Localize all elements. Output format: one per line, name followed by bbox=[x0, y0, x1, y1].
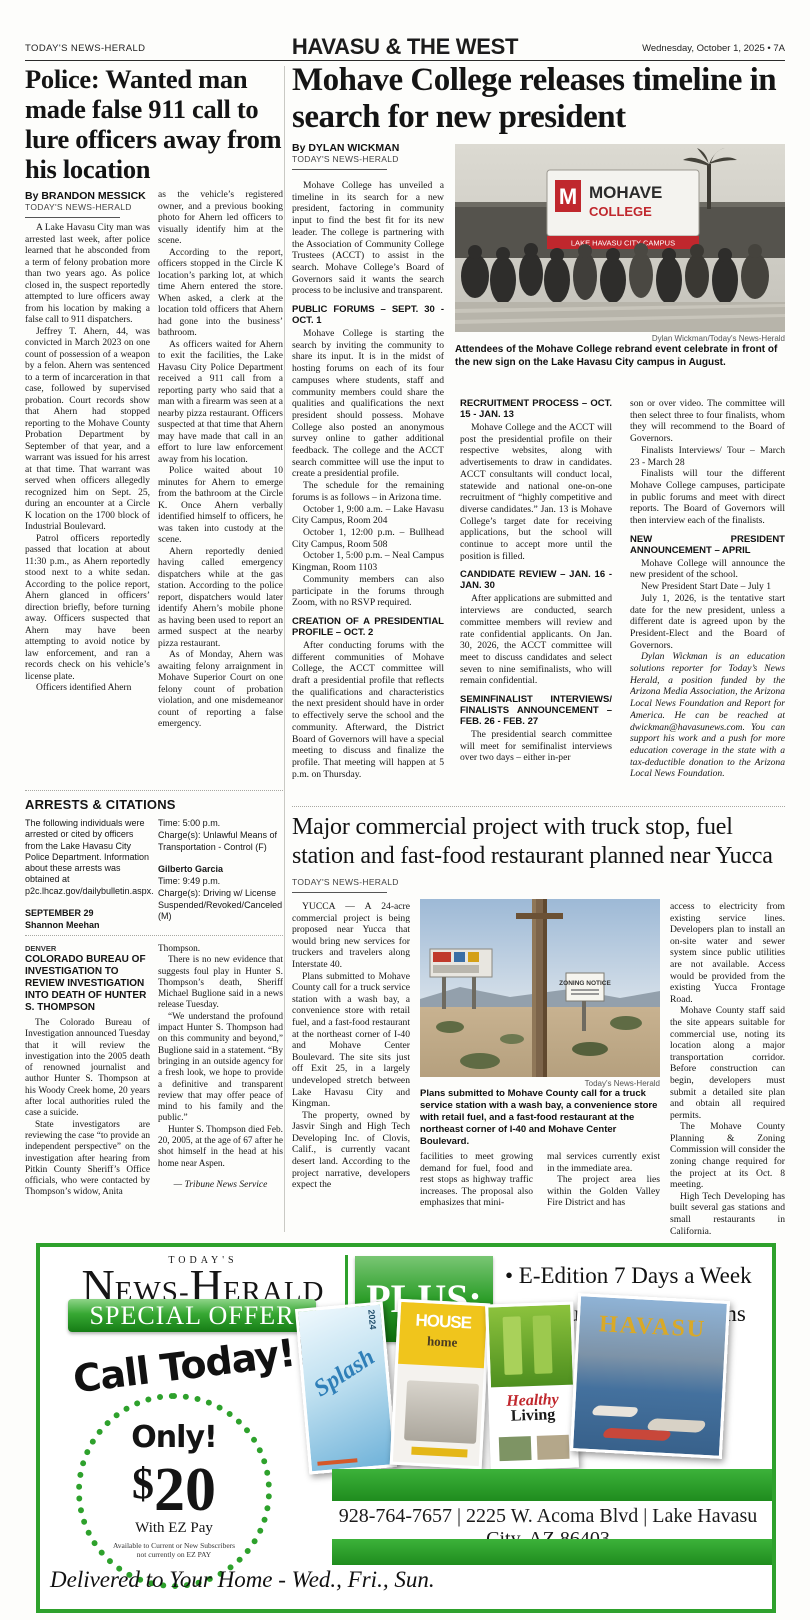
arrests-column-2: Time: 5:00 p.m. Charge(s): Unlawful Mean… bbox=[158, 818, 283, 933]
arrests-date: SEPTEMBER 29 bbox=[25, 908, 150, 919]
arrests-section: ARRESTS & CITATIONS The following indivi… bbox=[25, 790, 283, 933]
paragraph: Dylan Wickman is an education solutions … bbox=[630, 651, 785, 780]
arrests-title: ARRESTS & CITATIONS bbox=[25, 798, 283, 812]
arrest-time: Time: 5:00 p.m. bbox=[158, 818, 283, 829]
paragraph: Jeffrey T. Ahern, 44, was convicted in M… bbox=[25, 327, 150, 534]
college-headline: Mohave College releases timeline in sear… bbox=[292, 62, 785, 136]
page-header: TODAY'S NEWS-HERALD HAVASU & THE WEST We… bbox=[25, 28, 785, 61]
section-heading: CANDIDATE REVIEW – JAN. 16 - JAN. 30 bbox=[460, 569, 612, 591]
college-article: Mohave College releases timeline in sear… bbox=[292, 62, 785, 804]
paragraph: Hunter S. Thompson died Feb. 20, 2005, a… bbox=[158, 1125, 283, 1170]
yucca-photo: ZONING NOTICE bbox=[420, 899, 660, 1077]
arrests-intro: The following individuals were arrested … bbox=[25, 818, 150, 897]
paragraph: The property, owned by Jasvir Singh and … bbox=[292, 1110, 410, 1191]
paragraph: The project area lies within the Golden … bbox=[547, 1174, 660, 1209]
ad-benefit: • E-Edition 7 Days a Week bbox=[505, 1257, 775, 1295]
yucca-headline: Major commercial project with truck stop… bbox=[292, 813, 785, 870]
paragraph: Officers identified Ahern bbox=[25, 683, 150, 695]
paragraph: July 1, 2026, is the tentative start dat… bbox=[630, 593, 785, 652]
paragraph: Community members can also participate i… bbox=[292, 574, 444, 609]
green-bar bbox=[332, 1539, 772, 1565]
paragraph: as the vehicle’s registered owner, and a… bbox=[158, 190, 283, 248]
paragraph: New President Start Date – July 1 bbox=[630, 581, 785, 593]
page-date: Wednesday, October 1, 2025 • 7A bbox=[642, 43, 785, 54]
paragraph: October 1, 5:00 p.m. – Neal Campus Kingm… bbox=[292, 550, 444, 573]
paragraph: Plans submitted to Mohave County call fo… bbox=[292, 971, 410, 1110]
paragraph: The Colorado Bureau of Investigation ann… bbox=[25, 1018, 150, 1120]
paragraph: After applications are submitted and int… bbox=[460, 593, 612, 687]
paragraph: son or over video. The committee will th… bbox=[630, 398, 785, 445]
section-heading: SEMINFINALIST INTERVIEWS/ FINALISTS ANNO… bbox=[460, 694, 612, 727]
police-byline: By BRANDON MESSICK TODAY'S NEWS-HERALD bbox=[25, 190, 150, 218]
college-column-3: son or over video. The committee will th… bbox=[630, 398, 785, 800]
delivery-schedule: Delivered to Your Home - Wed., Fri., Sun… bbox=[50, 1567, 435, 1593]
yucca-column-2a: facilities to meet growing demand for fu… bbox=[420, 1151, 533, 1243]
reporter-bio: Dylan Wickman is an education solutions … bbox=[630, 651, 785, 780]
dateline: DENVER bbox=[25, 944, 150, 953]
magazine-cover-splash: 2024 Splash bbox=[295, 1301, 397, 1474]
special-offer-badge: SPECIAL OFFER bbox=[68, 1299, 316, 1332]
paragraph: Ahern reportedly denied having called em… bbox=[158, 547, 283, 651]
thompson-brief: DENVER COLORADO BUREAU OF INVESTIGATION … bbox=[25, 935, 283, 1212]
paragraph: The Mohave County Planning & Zoning Comm… bbox=[670, 1121, 785, 1191]
yucca-byline: TODAY'S NEWS-HERALD bbox=[292, 877, 399, 893]
subscription-ad: TODAY'S NEWS-HERALD SPECIAL OFFER PLUS: … bbox=[36, 1243, 776, 1613]
paragraph: mal services currently exist in the imme… bbox=[547, 1151, 660, 1174]
police-headline: Police: Wanted man made false 911 call t… bbox=[25, 64, 283, 184]
magazine-cover-havasu: HAVASU bbox=[570, 1293, 730, 1459]
paragraph: October 1, 9:00 a.m. – Lake Havasu City … bbox=[292, 504, 444, 527]
college-sign: M MOHAVE COLLEGE LAKE HAVASU CITY CAMPUS bbox=[547, 170, 699, 249]
svg-text:MOHAVE: MOHAVE bbox=[589, 183, 662, 202]
section-heading: NEW PRESIDENT ANNOUNCEMENT – APRIL bbox=[630, 534, 785, 556]
arrests-column-1: The following individuals were arrested … bbox=[25, 818, 150, 933]
paragraph: Mohave College and the ACCT will post th… bbox=[460, 422, 612, 562]
arrest-charge: Charge(s): Driving w/ License Suspended/… bbox=[158, 888, 283, 922]
brief-column-2: Thompson.There is no new evidence that s… bbox=[158, 944, 283, 1212]
section-heading: CREATION OF A PRESIDENTIAL PROFILE – OCT… bbox=[292, 616, 444, 638]
paragraph: YUCCA — A 24-acre commercial project is … bbox=[292, 901, 410, 971]
paragraph: facilities to meet growing demand for fu… bbox=[420, 1151, 533, 1209]
paragraph: “We understand the profound impact Hunte… bbox=[158, 1012, 283, 1125]
paragraph: According to the report, officers stoppe… bbox=[158, 248, 283, 340]
paragraph: As officers waited for Ahern to exit the… bbox=[158, 340, 283, 467]
photo-caption: Plans submitted to Mohave County call fo… bbox=[420, 1088, 660, 1148]
paragraph: Finalists Interviews/ Tour – March 23 - … bbox=[630, 445, 785, 468]
paragraph: After conducting forums with the differe… bbox=[292, 640, 444, 780]
paragraph: Patrol officers reportedly passed that l… bbox=[25, 534, 150, 684]
paragraph: Thompson. bbox=[158, 944, 283, 955]
paragraph: Mohave College is starting the search by… bbox=[292, 328, 444, 480]
yucca-column-3: access to electricity from existing serv… bbox=[670, 901, 785, 1237]
photo-caption: Attendees of the Mohave College rebrand … bbox=[455, 343, 785, 369]
paragraph: Finalists will tour the different Mohave… bbox=[630, 468, 785, 527]
crowd-silhouettes bbox=[461, 243, 769, 304]
price-circle: Only! $20 With EZ Pay Available to Curre… bbox=[76, 1393, 272, 1589]
paragraph: Mohave College has unveiled a timeline i… bbox=[292, 180, 444, 297]
brief-column-1: DENVER COLORADO BUREAU OF INVESTIGATION … bbox=[25, 944, 150, 1212]
police-article: Police: Wanted man made false 911 call t… bbox=[25, 64, 283, 790]
arrest-charge: Charge(s): Unlawful Means of Transportat… bbox=[158, 830, 283, 853]
paragraph: The presidential search committee will m… bbox=[460, 729, 612, 764]
paragraph: High Tech Developing has built several g… bbox=[670, 1191, 785, 1237]
svg-text:ZONING NOTICE: ZONING NOTICE bbox=[559, 980, 611, 987]
photo-credit: Today's News-Herald bbox=[420, 1079, 660, 1088]
section-heading: PUBLIC FORUMS – SEPT. 30 - OCT. 1 bbox=[292, 304, 444, 326]
college-column-2: RECRUITMENT PROCESS – OCT. 15 - JAN. 13 … bbox=[460, 398, 612, 800]
paragraph: Police waited about 10 minutes for Ahern… bbox=[158, 466, 283, 547]
yucca-caption-block: Today's News-Herald Plans submitted to M… bbox=[420, 1079, 660, 1148]
arrest-time: Time: 9:49 p.m. bbox=[158, 876, 283, 887]
police-column-1: A Lake Havasu City man was arrested last… bbox=[25, 223, 150, 779]
college-photo: M MOHAVE COLLEGE LAKE HAVASU CITY CAMPUS bbox=[455, 144, 785, 332]
paragraph: The schedule for the remaining forums is… bbox=[292, 480, 444, 503]
svg-text:COLLEGE: COLLEGE bbox=[589, 204, 652, 219]
yucca-article: Major commercial project with truck stop… bbox=[292, 806, 785, 1242]
paragraph: Mohave College will announce the new pre… bbox=[630, 558, 785, 581]
green-bar bbox=[332, 1469, 772, 1501]
brief-title: COLORADO BUREAU OF INVESTIGATION TO REVI… bbox=[25, 954, 150, 1014]
yucca-column-1: YUCCA — A 24-acre commercial project is … bbox=[292, 901, 410, 1237]
magazine-cover-healthy-living: Healthy Living bbox=[485, 1302, 579, 1471]
fine-print: Available to Current or New Subscribers … bbox=[82, 1541, 266, 1559]
magazine-cover-house-home: HOUSE home bbox=[390, 1299, 491, 1470]
paragraph: State investigators are reviewing the ca… bbox=[25, 1120, 150, 1199]
police-column-2: as the vehicle’s registered owner, and a… bbox=[158, 190, 283, 790]
arrest-name: Gilberto Garcia bbox=[158, 864, 283, 875]
paragraph: access to electricity from existing serv… bbox=[670, 901, 785, 1005]
photo-credit: Dylan Wickman/Today's News-Herald bbox=[455, 334, 785, 343]
paragraph: A Lake Havasu City man was arrested last… bbox=[25, 223, 150, 327]
column-divider bbox=[284, 66, 285, 1232]
newspaper-page: TODAY'S NEWS-HERALD HAVASU & THE WEST We… bbox=[0, 0, 810, 1620]
college-column-1: Mohave College has unveiled a timeline i… bbox=[292, 180, 444, 800]
call-today-text: Call Today!! bbox=[60, 1327, 323, 1402]
paragraph: As of Monday, Ahern was awaiting felony … bbox=[158, 650, 283, 731]
yucca-column-2b: mal services currently exist in the imme… bbox=[547, 1151, 660, 1243]
svg-text:M: M bbox=[559, 184, 577, 209]
college-byline: By DYLAN WICKMAN TODAY'S NEWS-HERALD bbox=[292, 142, 399, 170]
ez-pay-label: With EZ Pay bbox=[82, 1519, 266, 1537]
paragraph: Mohave County staff said the site appear… bbox=[670, 1005, 785, 1121]
arrest-name: Shannon Meehan bbox=[25, 920, 150, 931]
paragraph: October 1, 12:00 p.m. – Bullhead City Ca… bbox=[292, 527, 444, 550]
price: $20 bbox=[82, 1455, 266, 1519]
yucca-photo-image: ZONING NOTICE bbox=[420, 899, 660, 1077]
college-caption-block: Dylan Wickman/Today's News-Herald Attend… bbox=[455, 334, 785, 369]
college-photo-image: M MOHAVE COLLEGE LAKE HAVASU CITY CAMPUS bbox=[455, 144, 785, 332]
section-heading: RECRUITMENT PROCESS – OCT. 15 - JAN. 13 bbox=[460, 398, 612, 420]
paragraph: There is no new evidence that suggests f… bbox=[158, 955, 283, 1011]
wire-credit: — Tribune News Service bbox=[158, 1180, 283, 1190]
only-label: Only! bbox=[82, 1421, 266, 1455]
